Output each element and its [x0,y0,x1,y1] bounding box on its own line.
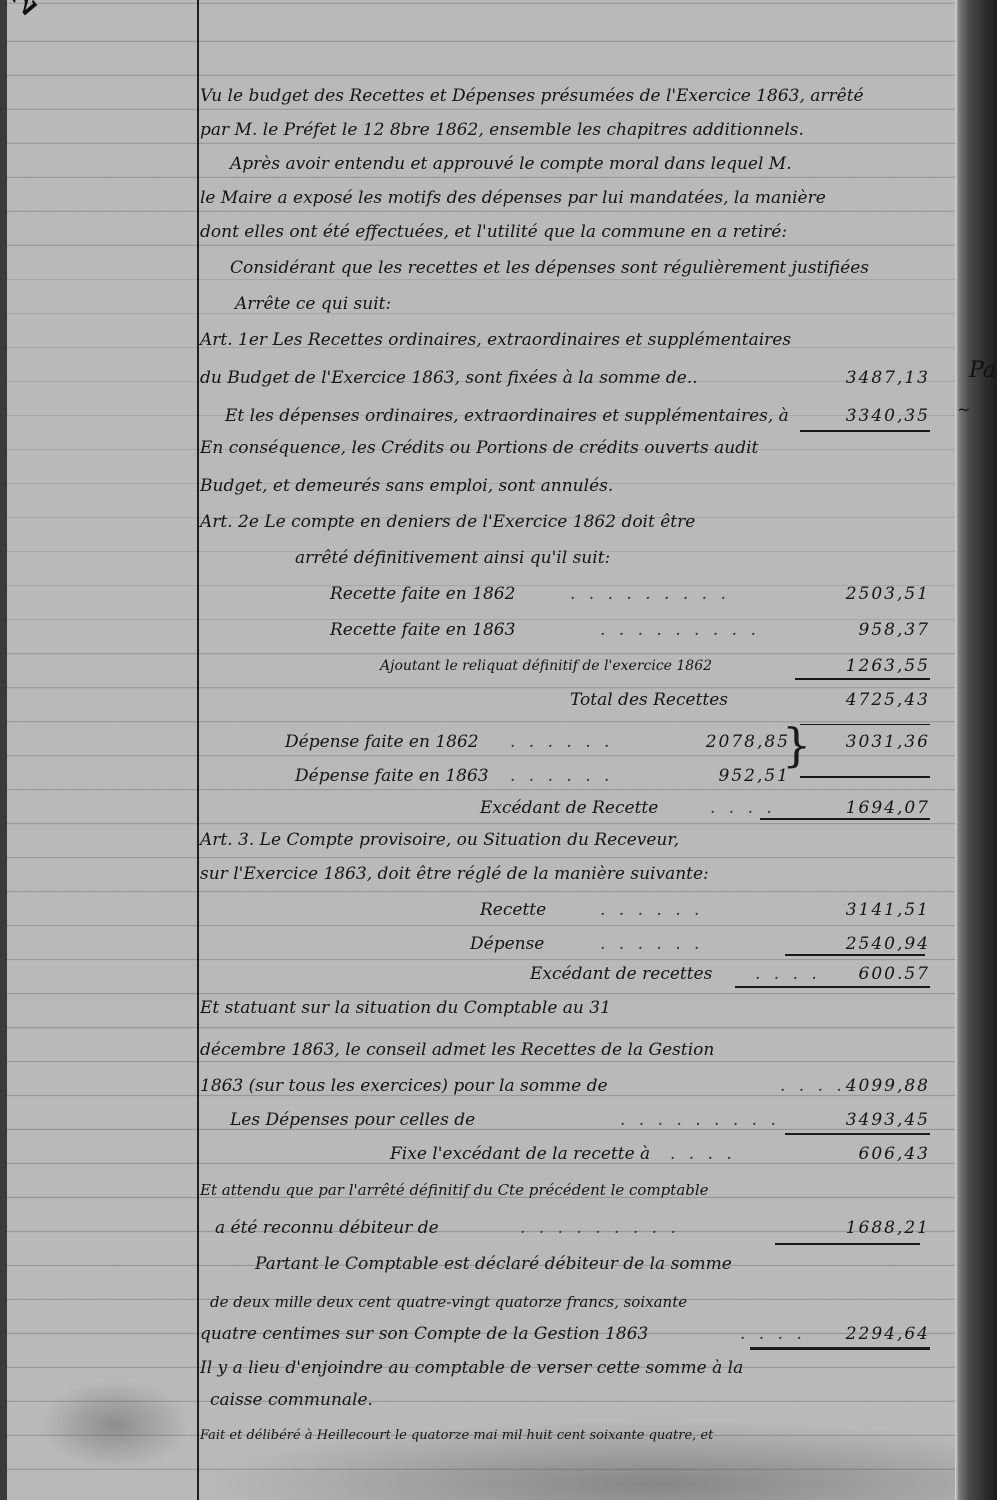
article3-row: Recette . . . . . . 3141,51 [200,894,930,926]
sum-rule [785,954,925,956]
comptable-line: de deux mille deux cent quatre-vingt qua… [200,1286,930,1318]
article2-line: arrêté définitivement ainsi qu'il suit: [200,542,930,574]
comptable-row: 1863 (sur tous les exercices) pour la so… [200,1070,930,1102]
preamble-line: Considérant que les recettes et les dépe… [200,252,930,284]
sum-rule [800,776,930,778]
sum-rule [785,1133,930,1135]
preamble-line: par M. le Préfet le 12 8bre 1862, ensemb… [200,114,930,146]
double-rule [750,1347,930,1350]
receipt-row: Recette faite en 1862 . . . . . . . . . … [200,578,930,610]
article1-line: Et les dépenses ordinaires, extraordinai… [200,400,930,432]
gutter-mark: ~ [957,400,970,419]
comptable-row: Les Dépenses pour celles de . . . . . . … [200,1104,930,1136]
comptable-row: a été reconnu débiteur de . . . . . . . … [200,1212,930,1244]
article2-line: Art. 2e Le compte en deniers de l'Exerci… [200,506,930,538]
preamble-line: Après avoir entendu et approuvé le compt… [200,148,930,180]
preamble-line: Arrête ce qui suit: [200,288,930,320]
preamble-line: dont elles ont été effectuées, et l'util… [200,216,930,248]
sum-rule [775,1243,920,1245]
article1-line: du Budget de l'Exercice 1863, sont fixée… [200,362,930,394]
comptable-line: caisse communale. [200,1384,930,1416]
receipt-row: Recette faite en 1863 . . . . . . . . . … [200,614,930,646]
comptable-line: décembre 1863, le conseil admet les Rece… [200,1034,930,1066]
article3-line: Art. 3. Le Compte provisoire, ou Situati… [200,824,930,856]
comptable-line: Il y a lieu d'enjoindre au comptable de … [200,1352,930,1384]
expense-row: Dépense faite en 1862 . . . . . . 2078,8… [200,726,930,758]
page-number: 20 [6,0,60,23]
comptable-line: Fait et délibéré à Heillecourt le quator… [200,1420,930,1452]
expenses-total-amount: 3031,36 [800,726,930,758]
sum-rule [800,724,930,725]
sum-rule [760,818,930,820]
debit-amount: 2294,64 [800,1318,930,1350]
ink-stain [40,1380,190,1470]
comptable-line: Et attendu que par l'arrêté définitif du… [200,1174,930,1206]
ledger-page: 20 Vu le budget des Recettes et Dépenses… [0,0,960,1500]
article1-line: En conséquence, les Crédits ou Portions … [200,432,930,464]
total-row: Total des Recettes 4725,43 [200,684,930,716]
recettes-total-amount: 3487,13 [800,362,930,394]
comptable-row: quatre centimes sur son Compte de la Ges… [200,1318,930,1350]
article3-line: sur l'Exercice 1863, doit être réglé de … [200,858,930,890]
comptable-line: Et statuant sur la situation du Comptabl… [200,992,930,1024]
article1-line: Budget, et demeurés sans emploi, sont an… [200,470,930,502]
article1-line: Art. 1er Les Recettes ordinaires, extrao… [200,324,930,356]
depenses-total-amount: 3340,35 [800,400,930,432]
comptable-line: Partant le Comptable est déclaré débiteu… [200,1248,930,1280]
preamble-line: Vu le budget des Recettes et Dépenses pr… [200,80,930,112]
sum-rule [795,678,930,680]
preamble-line: le Maire a exposé les motifs des dépense… [200,182,930,214]
sum-rule [735,986,930,988]
book-gutter: Pa ~ [955,0,997,1500]
comptable-row: Fixe l'excédant de la recette à . . . . … [200,1138,930,1170]
margin-rule [197,0,199,1500]
gutter-mark: Pa [969,358,996,383]
page-left-edge [0,0,7,1500]
